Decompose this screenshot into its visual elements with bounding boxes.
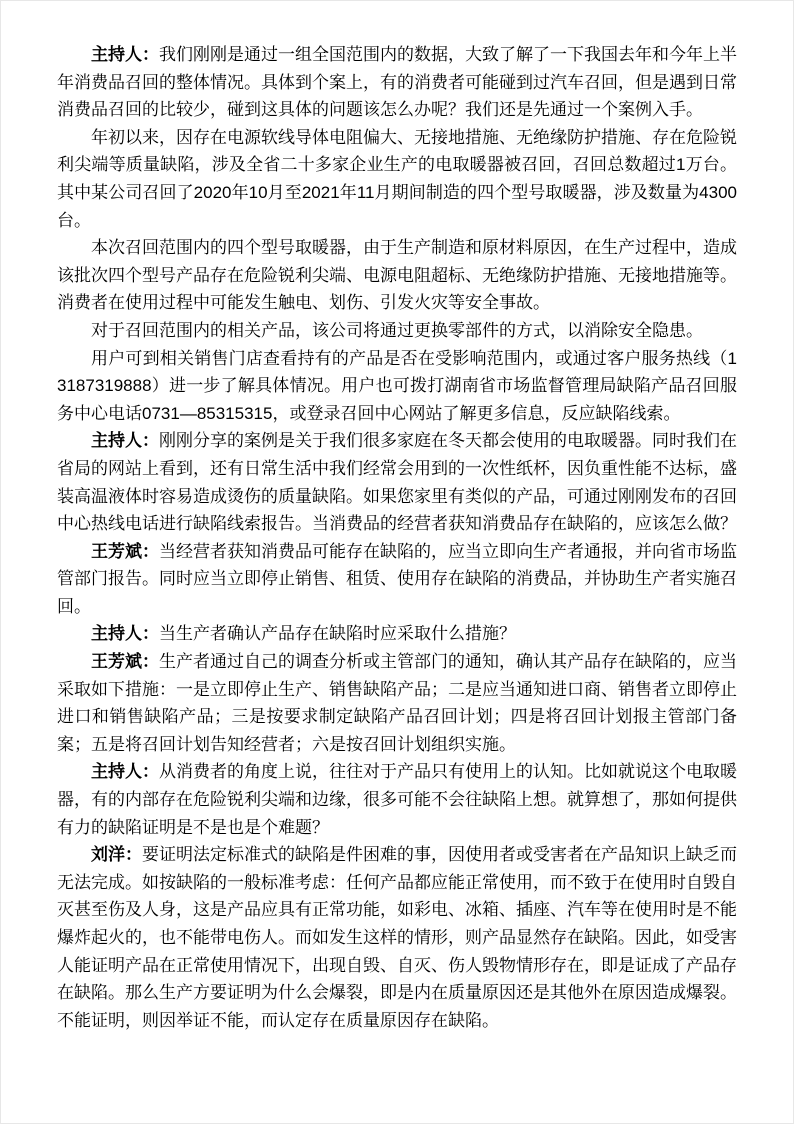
speaker-name: 主持人： (91, 45, 159, 64)
transcript-paragraph: 主持人：刚刚分享的案例是关于我们很多家庭在冬天都会使用的电取暖器。同时我们在省局… (57, 427, 737, 537)
document-body: 主持人：我们刚刚是通过一组全国范围内的数据，大致了解了一下我国去年和今年上半年消… (57, 41, 737, 1034)
paragraph-text: 当经营者获知消费品可能存在缺陷的，应当立即向生产者通报，并向省市场监管部门报告。… (57, 542, 737, 616)
transcript-paragraph: 王芳斌：当经营者获知消费品可能存在缺陷的，应当立即向生产者通报，并向省市场监管部… (57, 538, 737, 621)
transcript-paragraph: 本次召回范围内的四个型号取暖器，由于生产制造和原材料原因，在生产过程中，造成该批… (57, 234, 737, 317)
speaker-name: 主持人： (91, 431, 159, 450)
speaker-name: 王芳斌： (91, 652, 159, 671)
paragraph-text: 本次召回范围内的四个型号取暖器，由于生产制造和原材料原因，在生产过程中，造成该批… (57, 238, 737, 312)
speaker-name: 主持人： (91, 762, 159, 781)
transcript-paragraph: 主持人：当生产者确认产品存在缺陷时应采取什么措施？ (57, 620, 737, 648)
paragraph-text: 年初以来，因存在电源软线导体电阻偏大、无接地措施、无绝缘防护措施、存在危险锐利尖… (57, 128, 737, 230)
transcript-paragraph: 对于召回范围内的相关产品，该公司将通过更换零部件的方式，以消除安全隐患。 (57, 317, 737, 345)
paragraph-text: 用户可到相关销售门店查看持有的产品是否在受影响范围内，或通过客户服务热线（131… (57, 349, 737, 423)
transcript-paragraph: 王芳斌：生产者通过自己的调查分析或主管部门的通知，确认其产品存在缺陷的，应当采取… (57, 648, 737, 758)
paragraph-text: 刚刚分享的案例是关于我们很多家庭在冬天都会使用的电取暖器。同时我们在省局的网站上… (57, 431, 737, 533)
paragraph-text: 从消费者的角度上说，往往对于产品只有使用上的认知。比如就说这个电取暖器，有的内部… (57, 762, 737, 836)
paragraph-text: 生产者通过自己的调查分析或主管部门的通知，确认其产品存在缺陷的，应当采取如下措施… (57, 652, 737, 754)
paragraph-text: 当生产者确认产品存在缺陷时应采取什么措施？ (159, 624, 516, 643)
transcript-paragraph: 用户可到相关销售门店查看持有的产品是否在受影响范围内，或通过客户服务热线（131… (57, 345, 737, 428)
paragraph-text: 要证明法定标准式的缺陷是件困难的事，因使用者或受害者在产品知识上缺乏而无法完成。… (57, 845, 737, 1030)
transcript-paragraph: 主持人：从消费者的角度上说，往往对于产品只有使用上的认知。比如就说这个电取暖器，… (57, 758, 737, 841)
paragraph-text: 我们刚刚是通过一组全国范围内的数据，大致了解了一下我国去年和今年上半年消费品召回… (57, 45, 737, 119)
speaker-name: 刘洋： (91, 845, 142, 864)
transcript-paragraph: 年初以来，因存在电源软线导体电阻偏大、无接地措施、无绝缘防护措施、存在危险锐利尖… (57, 124, 737, 234)
speaker-name: 王芳斌： (91, 542, 159, 561)
transcript-paragraph: 主持人：我们刚刚是通过一组全国范围内的数据，大致了解了一下我国去年和今年上半年消… (57, 41, 737, 124)
paragraph-text: 对于召回范围内的相关产品，该公司将通过更换零部件的方式，以消除安全隐患。 (91, 321, 703, 340)
speaker-name: 主持人： (91, 624, 159, 643)
document-page: 主持人：我们刚刚是通过一组全国范围内的数据，大致了解了一下我国去年和今年上半年消… (0, 0, 794, 1124)
transcript-paragraph: 刘洋：要证明法定标准式的缺陷是件困难的事，因使用者或受害者在产品知识上缺乏而无法… (57, 841, 737, 1034)
